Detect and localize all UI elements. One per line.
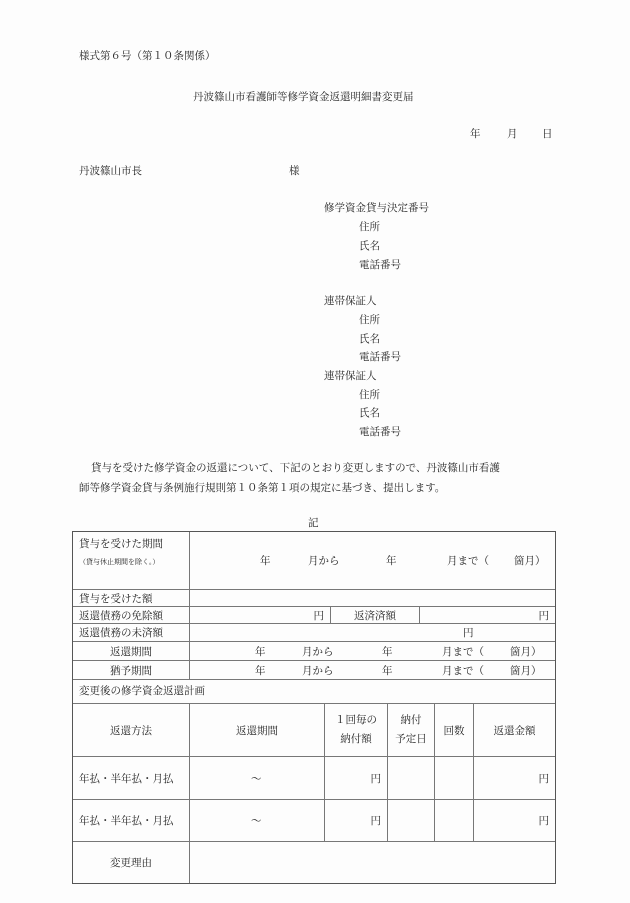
guarantor-label: 連帯保証人 bbox=[324, 293, 377, 308]
document-title: 丹波篠山市看護師等修学資金返還明細書変更届 bbox=[193, 89, 414, 104]
until-text: 月まで（ bbox=[442, 663, 484, 678]
header-amount: 返還金額 bbox=[473, 704, 555, 756]
header-due-line2: 予定日 bbox=[395, 730, 427, 749]
reason-row: 変更理由 bbox=[73, 841, 555, 883]
plan-per-payment-cell[interactable]: 円 bbox=[324, 757, 387, 799]
year-text: 年 bbox=[382, 663, 393, 678]
grace-period-row: 猶予期間 年 月から 年 月まで（ 箇月） bbox=[73, 660, 555, 679]
header-count: 回数 bbox=[434, 704, 473, 756]
plan-period-cell[interactable]: ～ bbox=[189, 800, 324, 841]
yen-unit: 円 bbox=[539, 813, 550, 828]
date-year: 年 bbox=[470, 126, 481, 141]
repaid-value-cell[interactable]: 円 bbox=[419, 607, 555, 623]
guarantor-name-label: 氏名 bbox=[359, 331, 380, 346]
repay-period-value-cell[interactable]: 年 月から 年 月まで（ 箇月） bbox=[189, 642, 555, 660]
repaid-label: 返済済額 bbox=[330, 607, 419, 623]
plan-method[interactable]: 年払・半年払・月払 bbox=[73, 757, 189, 799]
tilde: ～ bbox=[251, 813, 262, 828]
plan-amount-cell[interactable]: 円 bbox=[473, 800, 555, 841]
months-text: 箇月） bbox=[510, 644, 542, 659]
year-text: 年 bbox=[255, 644, 266, 659]
addressee-name: 丹波篠山市長 bbox=[79, 163, 142, 178]
yen-unit: 円 bbox=[539, 771, 550, 786]
repay-period-label: 返還期間 bbox=[73, 642, 189, 660]
exemption-row: 返還債務の免除額 円 返済済額 円 bbox=[73, 606, 555, 623]
yen-unit: 円 bbox=[463, 625, 474, 640]
decision-number-label: 修学資金貸与決定番号 bbox=[324, 200, 429, 215]
header-per-payment-line1: １回毎の bbox=[335, 711, 377, 730]
date-day: 日 bbox=[542, 126, 553, 141]
loan-period-row: 貸与を受けた期間 （貸与休止期間を除く。） 年 月から 年 月まで（ 箇月） bbox=[73, 532, 555, 589]
guarantor-address-label: 住所 bbox=[359, 387, 380, 402]
header-per-payment: １回毎の 納付額 bbox=[324, 704, 387, 756]
from-text: 月から bbox=[302, 644, 334, 659]
plan-label-row: 変更後の修学資金返還計画 bbox=[73, 679, 555, 703]
plan-count-cell[interactable] bbox=[434, 800, 473, 841]
form-number: 様式第６号（第１０条関係） bbox=[79, 48, 216, 63]
unpaid-row: 返還債務の未済額 円 bbox=[73, 623, 555, 641]
loan-period-value-cell[interactable]: 年 月から 年 月まで（ 箇月） bbox=[189, 532, 555, 589]
body-line-1: 貸与を受けた修学資金の返還について、下記のとおり変更しますので、丹波篠山市看護 bbox=[91, 460, 500, 475]
ki-label: 記 bbox=[308, 515, 319, 530]
from-text: 月から bbox=[302, 663, 334, 678]
unpaid-label: 返還債務の未済額 bbox=[73, 624, 189, 641]
exemption-label: 返還債務の免除額 bbox=[73, 607, 189, 623]
applicant-phone-label: 電話番号 bbox=[359, 257, 401, 272]
body-line-2: 師等修学資金貸与条例施行規則第１０条第１項の規定に基づき、提出します。 bbox=[79, 480, 445, 495]
exemption-value-cell[interactable]: 円 bbox=[189, 607, 330, 623]
plan-due-cell[interactable] bbox=[387, 800, 434, 841]
year-text: 年 bbox=[386, 553, 397, 568]
unpaid-value-cell[interactable]: 円 bbox=[189, 624, 555, 641]
loan-period-sublabel: （貸与休止期間を除く。） bbox=[79, 557, 189, 567]
header-due-line1: 納付 bbox=[401, 711, 422, 730]
plan-count-cell[interactable] bbox=[434, 757, 473, 799]
header-period: 返還期間 bbox=[189, 704, 324, 756]
applicant-name-label: 氏名 bbox=[359, 238, 380, 253]
reason-label: 変更理由 bbox=[73, 842, 189, 883]
reason-value-cell[interactable] bbox=[189, 842, 555, 883]
plan-label: 変更後の修学資金返還計画 bbox=[73, 680, 555, 703]
plan-period-cell[interactable]: ～ bbox=[189, 757, 324, 799]
plan-header-row: 返還方法 返還期間 １回毎の 納付額 納付 予定日 回数 返還金額 bbox=[73, 703, 555, 756]
guarantor-phone-label: 電話番号 bbox=[359, 424, 401, 439]
loan-amount-value-cell[interactable] bbox=[189, 590, 555, 606]
addressee-honorific: 様 bbox=[289, 163, 300, 178]
grace-period-value-cell[interactable]: 年 月から 年 月まで（ 箇月） bbox=[189, 661, 555, 679]
loan-period-label-cell: 貸与を受けた期間 （貸与休止期間を除く。） bbox=[73, 532, 189, 589]
loan-amount-label: 貸与を受けた額 bbox=[73, 590, 189, 606]
loan-period-label: 貸与を受けた期間 bbox=[79, 536, 189, 551]
yen-unit: 円 bbox=[314, 608, 325, 623]
until-text: 月まで（ bbox=[442, 644, 484, 659]
repay-period-row: 返還期間 年 月から 年 月まで（ 箇月） bbox=[73, 641, 555, 660]
year-text: 年 bbox=[260, 553, 271, 568]
yen-unit: 円 bbox=[371, 771, 382, 786]
plan-row: 年払・半年払・月払 ～ 円 円 bbox=[73, 756, 555, 799]
applicant-address-label: 住所 bbox=[359, 219, 380, 234]
plan-amount-cell[interactable]: 円 bbox=[473, 757, 555, 799]
year-text: 年 bbox=[382, 644, 393, 659]
plan-row: 年払・半年払・月払 ～ 円 円 bbox=[73, 799, 555, 841]
date-month: 月 bbox=[507, 126, 518, 141]
guarantor-name-label: 氏名 bbox=[359, 405, 380, 420]
months-text: 箇月） bbox=[510, 663, 542, 678]
yen-unit: 円 bbox=[539, 608, 550, 623]
header-per-payment-line2: 納付額 bbox=[340, 730, 372, 749]
loan-amount-row: 貸与を受けた額 bbox=[73, 589, 555, 606]
yen-unit: 円 bbox=[371, 813, 382, 828]
guarantor-label: 連帯保証人 bbox=[324, 368, 377, 383]
header-method: 返還方法 bbox=[73, 704, 189, 756]
header-due-date: 納付 予定日 bbox=[387, 704, 434, 756]
guarantor-address-label: 住所 bbox=[359, 312, 380, 327]
plan-due-cell[interactable] bbox=[387, 757, 434, 799]
grace-period-label: 猶予期間 bbox=[73, 661, 189, 679]
guarantor-phone-label: 電話番号 bbox=[359, 349, 401, 364]
tilde: ～ bbox=[251, 771, 262, 786]
from-text: 月から bbox=[308, 553, 340, 568]
months-text: 箇月） bbox=[514, 553, 546, 568]
year-text: 年 bbox=[255, 663, 266, 678]
until-text: 月まで（ bbox=[447, 553, 489, 568]
details-table: 貸与を受けた期間 （貸与休止期間を除く。） 年 月から 年 月まで（ 箇月） 貸… bbox=[72, 531, 556, 884]
plan-method[interactable]: 年払・半年払・月払 bbox=[73, 800, 189, 841]
plan-per-payment-cell[interactable]: 円 bbox=[324, 800, 387, 841]
